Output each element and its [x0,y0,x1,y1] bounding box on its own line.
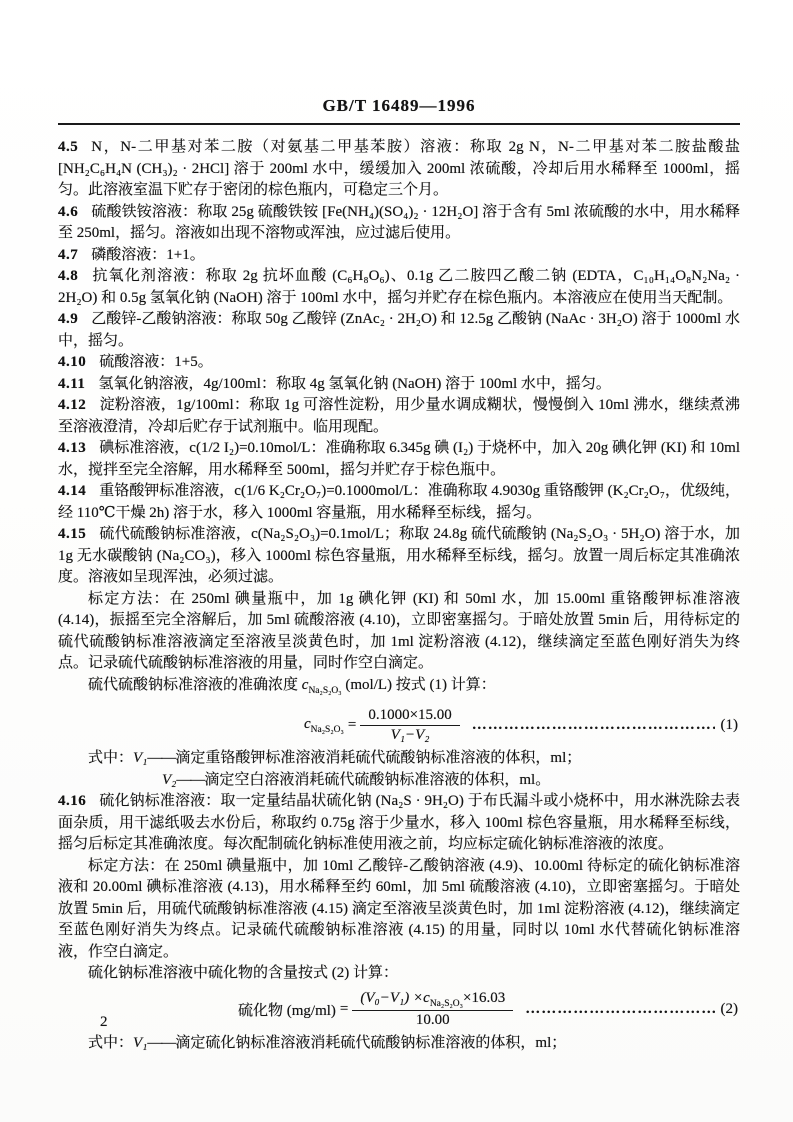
clause-number: 4.13 [58,440,86,456]
formula-1-fraction: 0.1000×15.00 V₁−V₂ [360,707,459,744]
definition-dash: —— [147,750,175,766]
definition-v1-formula1: 式中：V₁——滴定重铬酸钾标准溶液消耗硫代硫酸钠标准溶液的体积，ml； [58,748,740,770]
clause-number: 4.8 [58,268,78,284]
v2-variable: V₂ [162,772,176,788]
formula-2: 硫化物 (mg/ml) = (V₀−V₁) ×cNa₂S₂O₃×16.03 10… [58,990,740,1029]
clause-4-8: 4.8抗氧化剂溶液：称取 2g 抗坏血酸 (C₆H₈O₆)、0.1g 乙二胺四乙… [58,266,740,309]
clause-text: 重铬酸钾标准溶液，c(1/6 K₂Cr₂O₇)=0.1000mol/L：准确称取… [58,483,740,521]
clause-number: 4.16 [58,793,86,809]
clause-number: 4.11 [58,376,85,392]
concentration-text-pre: 硫代硫酸钠标准溶液的准确浓度 [88,677,302,693]
clause-4-14: 4.14重铬酸钾标准溶液，c(1/6 K₂Cr₂O₇)=0.1000mol/L：… [58,481,740,524]
clause-4-10: 4.10硫酸溶液：1+5。 [58,352,740,374]
clause-4-7: 4.7磷酸溶液：1+1。 [58,245,740,267]
standard-number-header: GB/T 16489—1996 [58,96,740,116]
v1-variable: V₁ [133,1035,147,1051]
sulfide-content-paragraph: 硫化钠标准溶液中硫化物的含量按式 (2) 计算： [58,963,740,985]
formula-1-lhs: cNa₂S₂O₃ [304,716,344,735]
definition-dash: —— [147,1035,175,1051]
clause-4-5: 4.5N，N-二甲基对苯二胺（对氨基二甲基苯胺）溶液：称取 2g N，N-二甲基… [58,137,740,202]
clause-number: 4.5 [58,139,78,155]
clause-text: 硫酸铁铵溶液：称取 25g 硫酸铁铵 [Fe(NH₄)(SO₄)₂ · 12H₂… [58,204,740,242]
clause-4-16: 4.16硫化钠标准溶液：取一定量结晶状硫化钠 (Na₂S · 9H₂O) 于布氏… [58,791,740,856]
definition-v1-formula2: 式中：V₁——滴定硫化钠标准溶液消耗硫代硫酸钠标准溶液的体积，ml； [58,1033,740,1055]
formula-1-denominator: V₁−V₂ [360,726,459,744]
clause-4-6: 4.6硫酸铁铵溶液：称取 25g 硫酸铁铵 [Fe(NH₄)(SO₄)₂ · 1… [58,202,740,245]
header-rule [58,123,740,125]
concentration-paragraph: 硫代硫酸钠标准溶液的准确浓度 cNa₂S₂O₃ (mol/L) 按式 (1) 计… [58,675,740,703]
clause-text: 乙酸锌-乙酸钠溶液：称取 50g 乙酸锌 (ZnAc₂ · 2H₂O) 和 12… [58,311,740,349]
c-subscript: Na₂S₂O₃ [430,999,463,1009]
definition-v2-formula1: V₂——滴定空白溶液消耗硫代硫酸钠标准溶液的体积，ml。 [58,770,740,792]
clause-text: N，N-二甲基对苯二胺（对氨基二甲基苯胺）溶液：称取 2g N，N-二甲基对苯二… [58,139,740,198]
clause-number: 4.14 [58,483,86,499]
clause-number: 4.12 [58,397,86,413]
clause-4-11: 4.11氢氧化钠溶液，4g/100ml：称取 4g 氢氧化钠 (NaOH) 溶于… [58,374,740,396]
document-body: GB/T 16489—1996 4.5N，N-二甲基对苯二胺（对氨基二甲基苯胺）… [58,96,740,1054]
clause-text: 硫代硫酸钠标准溶液，c(Na₂S₂O₃)=0.1mol/L；称取 24.8g 硫… [58,526,740,585]
clause-4-12: 4.12淀粉溶液，1g/100ml：称取 1g 可溶性淀粉，用少量水调成糊状，慢… [58,395,740,438]
clause-text: 氢氧化钠溶液，4g/100ml：称取 4g 氢氧化钠 (NaOH) 溶于 100… [98,376,611,392]
definition-lead: 式中： [88,1035,133,1051]
equals-sign: = [348,717,356,734]
clause-text: 抗氧化剂溶液：称取 2g 抗坏血酸 (C₆H₈O₆)、0.1g 乙二胺四乙酸二钠… [58,268,740,306]
page-number: 2 [100,1014,108,1031]
c-subscript: Na₂S₂O₃ [311,725,344,735]
clause-number: 4.15 [58,526,86,542]
multiplier-text: ×16.03 [463,990,505,1006]
clause-text: 磷酸溶液：1+1。 [91,247,204,263]
clause-number: 4.6 [58,204,78,220]
formula-2-numerator: (V₀−V₁) ×cNa₂S₂O₃×16.03 [352,990,513,1011]
document-page: GB/T 16489—1996 4.5N，N-二甲基对苯二胺（对氨基二甲基苯胺）… [0,0,793,1122]
clause-number: 4.7 [58,247,78,263]
clause-text: 硫酸溶液：1+5。 [99,354,212,370]
formula-1: cNa₂S₂O₃ = 0.1000×15.00 V₁−V₂ …………………………… [58,707,740,744]
formula-2-number: (2) [721,1001,739,1018]
dot-leader: ……………………………………………………………… [472,717,715,734]
clause-number: 4.9 [58,311,78,327]
formula-2-denominator: 10.00 [352,1011,513,1029]
clause-text: 淀粉溶液，1g/100ml：称取 1g 可溶性淀粉，用少量水调成糊状，慢慢倒入 … [58,397,740,435]
clause-4-13: 4.13碘标准溶液，c(1/2 I₂)=0.10mol/L：准确称取 6.345… [58,438,740,481]
clause-text: 硫化钠标准溶液：取一定量结晶状硫化钠 (Na₂S · 9H₂O) 于布氏漏斗或小… [58,793,740,852]
v1-variable: V₁ [133,750,147,766]
clause-4-9: 4.9乙酸锌-乙酸钠溶液：称取 50g 乙酸锌 (ZnAc₂ · 2H₂O) 和… [58,309,740,352]
clause-number: 4.10 [58,354,86,370]
formula-1-numerator: 0.1000×15.00 [360,707,459,726]
calibration-method-paragraph-2: 标定方法：在 250ml 碘量瓶中，加 10ml 乙酸锌-乙酸钠溶液 (4.9)… [58,856,740,964]
equals-sign: = [340,1001,348,1018]
definition-lead: 式中： [88,750,133,766]
definition-text: 滴定硫化钠标准溶液消耗硫代硫酸钠标准溶液的体积，ml； [175,1035,566,1051]
definition-dash: —— [176,772,204,788]
clause-text: 碘标准溶液，c(1/2 I₂)=0.10mol/L：准确称取 6.345g 碘 … [58,440,740,478]
c-variable: c [423,990,430,1006]
concentration-text-post: (mol/L) 按式 (1) 计算： [342,677,496,693]
formula-1-number: (1) [721,717,739,734]
formula-2-fraction: (V₀−V₁) ×cNa₂S₂O₃×16.03 10.00 [352,990,513,1029]
clause-4-15: 4.15硫代硫酸钠标准溶液，c(Na₂S₂O₃)=0.1mol/L；称取 24.… [58,524,740,589]
calibration-method-paragraph-1: 标定方法：在 250ml 碘量瓶中，加 1g 碘化钾 (KI) 和 50ml 水… [58,589,740,675]
c-variable: c [304,716,311,732]
formula-2-lhs: 硫化物 (mg/ml) [238,999,336,1020]
definition-text: 滴定空白溶液消耗硫代硫酸钠标准溶液的体积，ml。 [204,772,550,788]
definition-text: 滴定重铬酸钾标准溶液消耗硫代硫酸钠标准溶液的体积，ml； [175,750,581,766]
v0-v1-expression: (V₀−V₁) × [360,990,423,1006]
c-subscript: Na₂S₂O₃ [308,686,341,696]
dot-leader: ……………………………………………… [525,1001,714,1018]
